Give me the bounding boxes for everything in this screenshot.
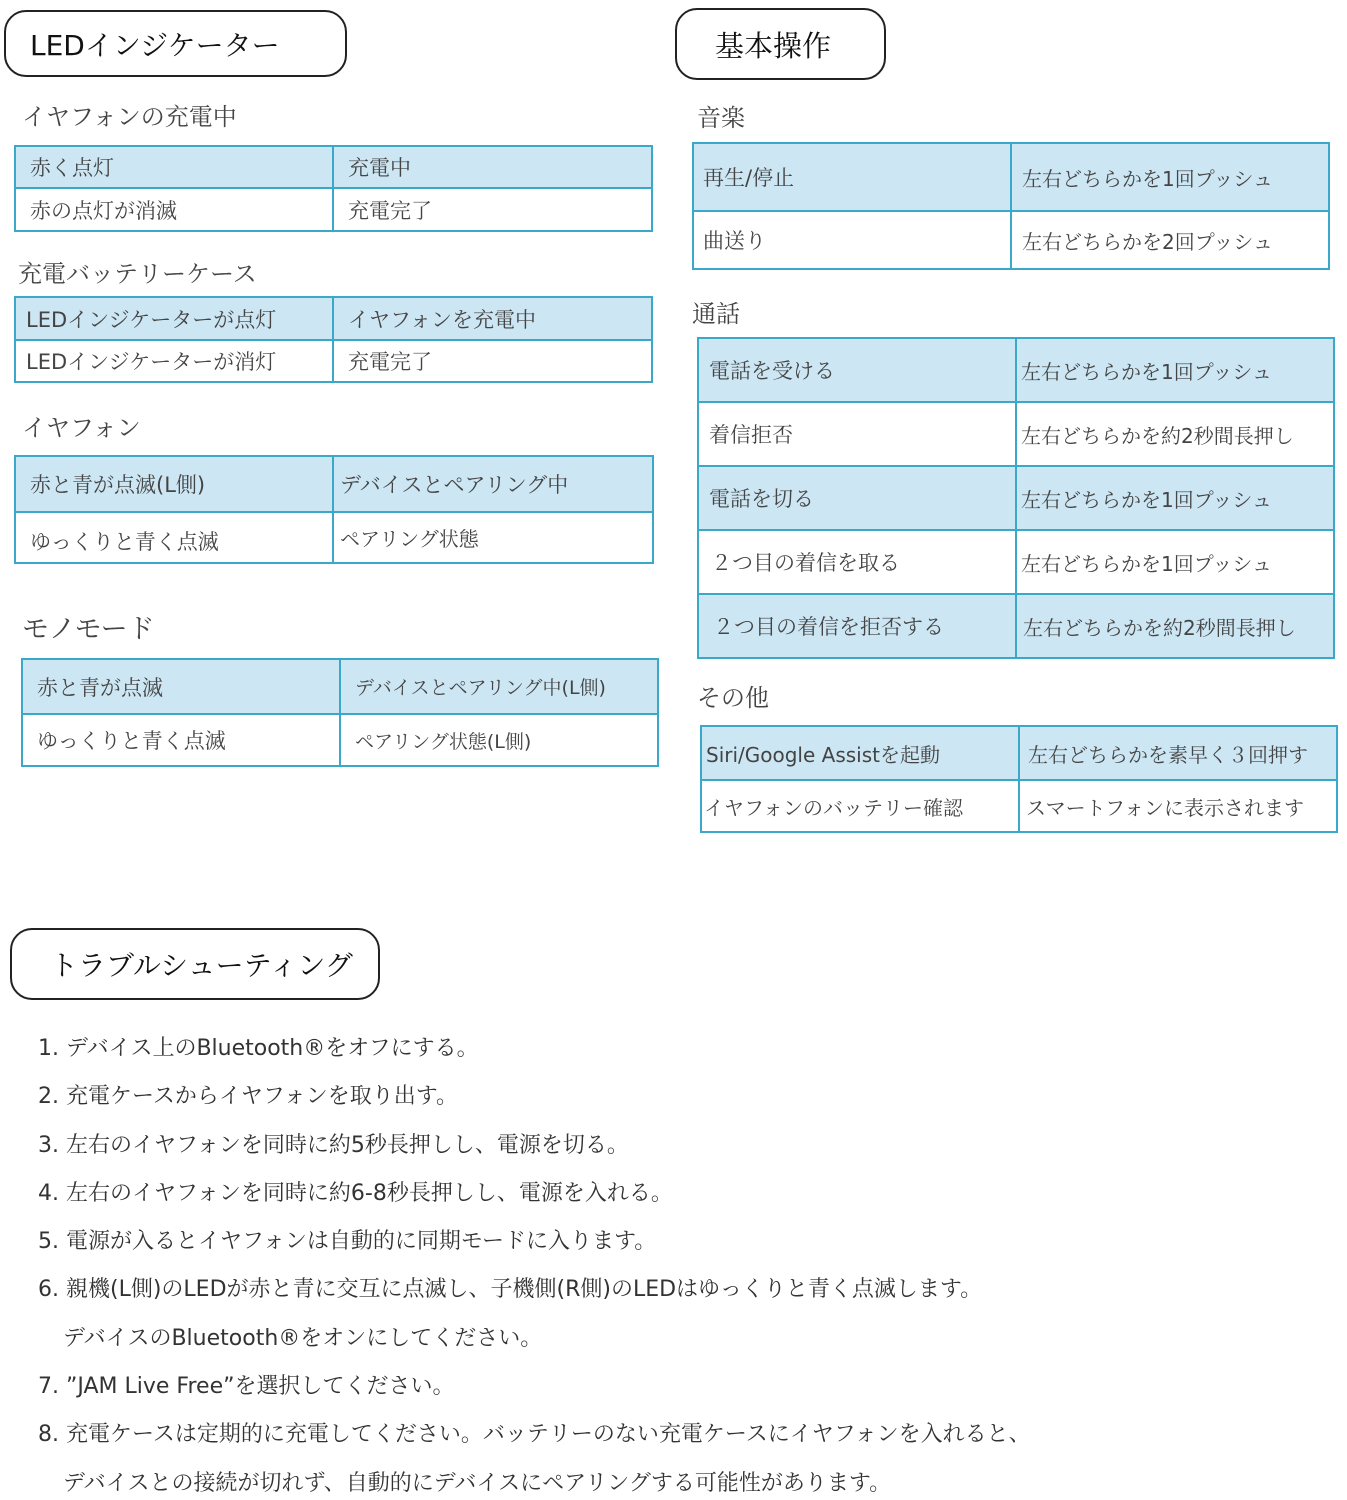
table-row: 赤と青が点滅(L側) デバイスとペアリング中 [15,456,653,512]
op-operation: 左右どちらかを1回プッシュ [1011,143,1329,211]
step-8: 8. 充電ケースは定期的に充電してください。バッテリーのない充電ケースにイヤフォ… [38,1411,1031,1459]
led-meaning: デバイスとペアリング中(L側) [340,659,658,714]
led-meaning: デバイスとペアリング中 [333,456,653,512]
step-4: 4. 左右のイヤフォンを同時に約6-8秒長押しし、電源を入れる。 [38,1170,1031,1218]
led-state: 赤く点灯 [15,146,333,188]
led-table-mono-mode: 赤と青が点滅 デバイスとペアリング中(L側) ゆっくりと青く点滅 ペアリング状態… [21,658,659,767]
led-table-charging-case: LEDインジケーターが点灯 イヤフォンを充電中 LEDインジケーターが消灯 充電… [14,296,653,383]
op-operation: 左右どちらかを素早く３回押す [1019,726,1337,780]
op-action: 電話を切る [698,466,1016,530]
op-table-music: 再生/停止 左右どちらかを1回プッシュ 曲送り 左右どちらかを2回プッシュ [692,142,1330,270]
table-row: 着信拒否 左右どちらかを約2秒間長押し [698,402,1334,466]
table-row: ２つ目の着信を拒否する 左右どちらかを約2秒間長押し [698,594,1334,658]
step-1: 1. デバイス上のBluetooth®をオフにする。 [38,1025,1031,1073]
table-row: 赤の点灯が消滅 充電完了 [15,188,652,231]
op-table-call: 電話を受ける 左右どちらかを1回プッシュ 着信拒否 左右どちらかを約2秒間長押し… [697,337,1335,659]
step-2: 2. 充電ケースからイヤフォンを取り出す。 [38,1073,1031,1121]
table-row: ゆっくりと青く点滅 ペアリング状態 [15,512,653,563]
led-state: 赤の点灯が消滅 [15,188,333,231]
op-operation: 左右どちらかを1回プッシュ [1016,338,1334,402]
basic-operation-title: 基本操作 [675,8,886,80]
led-state: 赤と青が点滅 [22,659,340,714]
led-meaning: 充電中 [333,146,652,188]
op-action: ２つ目の着信を拒否する [698,594,1016,658]
step-7: 7. ”JAM Live Free”を選択してください。 [38,1363,1031,1411]
led-section-heading-charging-case: 充電バッテリーケース [18,254,257,289]
step-6: 6. 親機(L側)のLEDが赤と青に交互に点滅し、子機側(R側)のLEDはゆっく… [38,1266,1031,1314]
op-action: Siri/Google Assistを起動 [701,726,1019,780]
led-state: LEDインジケーターが点灯 [15,297,333,340]
table-row: 電話を受ける 左右どちらかを1回プッシュ [698,338,1334,402]
led-state: 赤と青が点滅(L側) [15,456,333,512]
table-row: ゆっくりと青く点滅 ペアリング状態(L側) [22,714,658,766]
step-6-continued: デバイスのBluetooth®をオンにしてください。 [38,1315,1031,1363]
table-row: ２つ目の着信を取る 左右どちらかを1回プッシュ [698,530,1334,594]
led-table-earphone-charging: 赤く点灯 充電中 赤の点灯が消滅 充電完了 [14,145,653,232]
led-state: ゆっくりと青く点滅 [15,512,333,563]
led-section-heading-earphone: イヤフォン [22,408,141,443]
op-operation: 左右どちらかを1回プッシュ [1016,466,1334,530]
op-operation: 左右どちらかを2回プッシュ [1011,211,1329,269]
op-action: 電話を受ける [698,338,1016,402]
step-5: 5. 電源が入るとイヤフォンは自動的に同期モードに入ります。 [38,1218,1031,1266]
led-meaning: 充電完了 [333,188,652,231]
led-meaning: 充電完了 [333,340,652,382]
table-row: イヤフォンのバッテリー確認 スマートフォンに表示されます [701,780,1337,832]
table-row: Siri/Google Assistを起動 左右どちらかを素早く３回押す [701,726,1337,780]
table-row: 赤く点灯 充電中 [15,146,652,188]
table-row: LEDインジケーターが消灯 充電完了 [15,340,652,382]
table-row: LEDインジケーターが点灯 イヤフォンを充電中 [15,297,652,340]
led-meaning: イヤフォンを充電中 [333,297,652,340]
table-row: 電話を切る 左右どちらかを1回プッシュ [698,466,1334,530]
led-meaning: ペアリング状態(L側) [340,714,658,766]
led-table-earphone: 赤と青が点滅(L側) デバイスとペアリング中 ゆっくりと青く点滅 ペアリング状態 [14,455,654,564]
step-3: 3. 左右のイヤフォンを同時に約5秒長押しし、電源を切る。 [38,1122,1031,1170]
op-operation: 左右どちらかを1回プッシュ [1016,530,1334,594]
op-action: 曲送り [693,211,1011,269]
op-action: 再生/停止 [693,143,1011,211]
op-table-other: Siri/Google Assistを起動 左右どちらかを素早く３回押す イヤフ… [700,725,1338,833]
op-section-heading-other: その他 [697,678,769,713]
led-state: ゆっくりと青く点滅 [22,714,340,766]
op-section-heading-music: 音楽 [697,98,745,133]
led-meaning: ペアリング状態 [333,512,653,563]
troubleshooting-steps: 1. デバイス上のBluetooth®をオフにする。 2. 充電ケースからイヤフ… [38,1025,1031,1500]
op-operation: 左右どちらかを約2秒間長押し [1016,402,1334,466]
table-row: 赤と青が点滅 デバイスとペアリング中(L側) [22,659,658,714]
op-operation: 左右どちらかを約2秒間長押し [1016,594,1334,658]
troubleshooting-title: トラブルシューティング [10,928,380,1000]
table-row: 曲送り 左右どちらかを2回プッシュ [693,211,1329,269]
led-section-heading-earphone-charging: イヤフォンの充電中 [22,97,237,132]
led-indicator-title: LEDインジケーター [4,10,347,77]
led-section-heading-mono-mode: モノモード [22,607,155,646]
op-action: ２つ目の着信を取る [698,530,1016,594]
step-8-continued: デバイスとの接続が切れず、自動的にデバイスにペアリングする可能性があります。 [38,1460,1031,1500]
op-operation: スマートフォンに表示されます [1019,780,1337,832]
op-action: 着信拒否 [698,402,1016,466]
table-row: 再生/停止 左右どちらかを1回プッシュ [693,143,1329,211]
led-state: LEDインジケーターが消灯 [15,340,333,382]
op-action: イヤフォンのバッテリー確認 [701,780,1019,832]
op-section-heading-call: 通話 [692,294,740,329]
